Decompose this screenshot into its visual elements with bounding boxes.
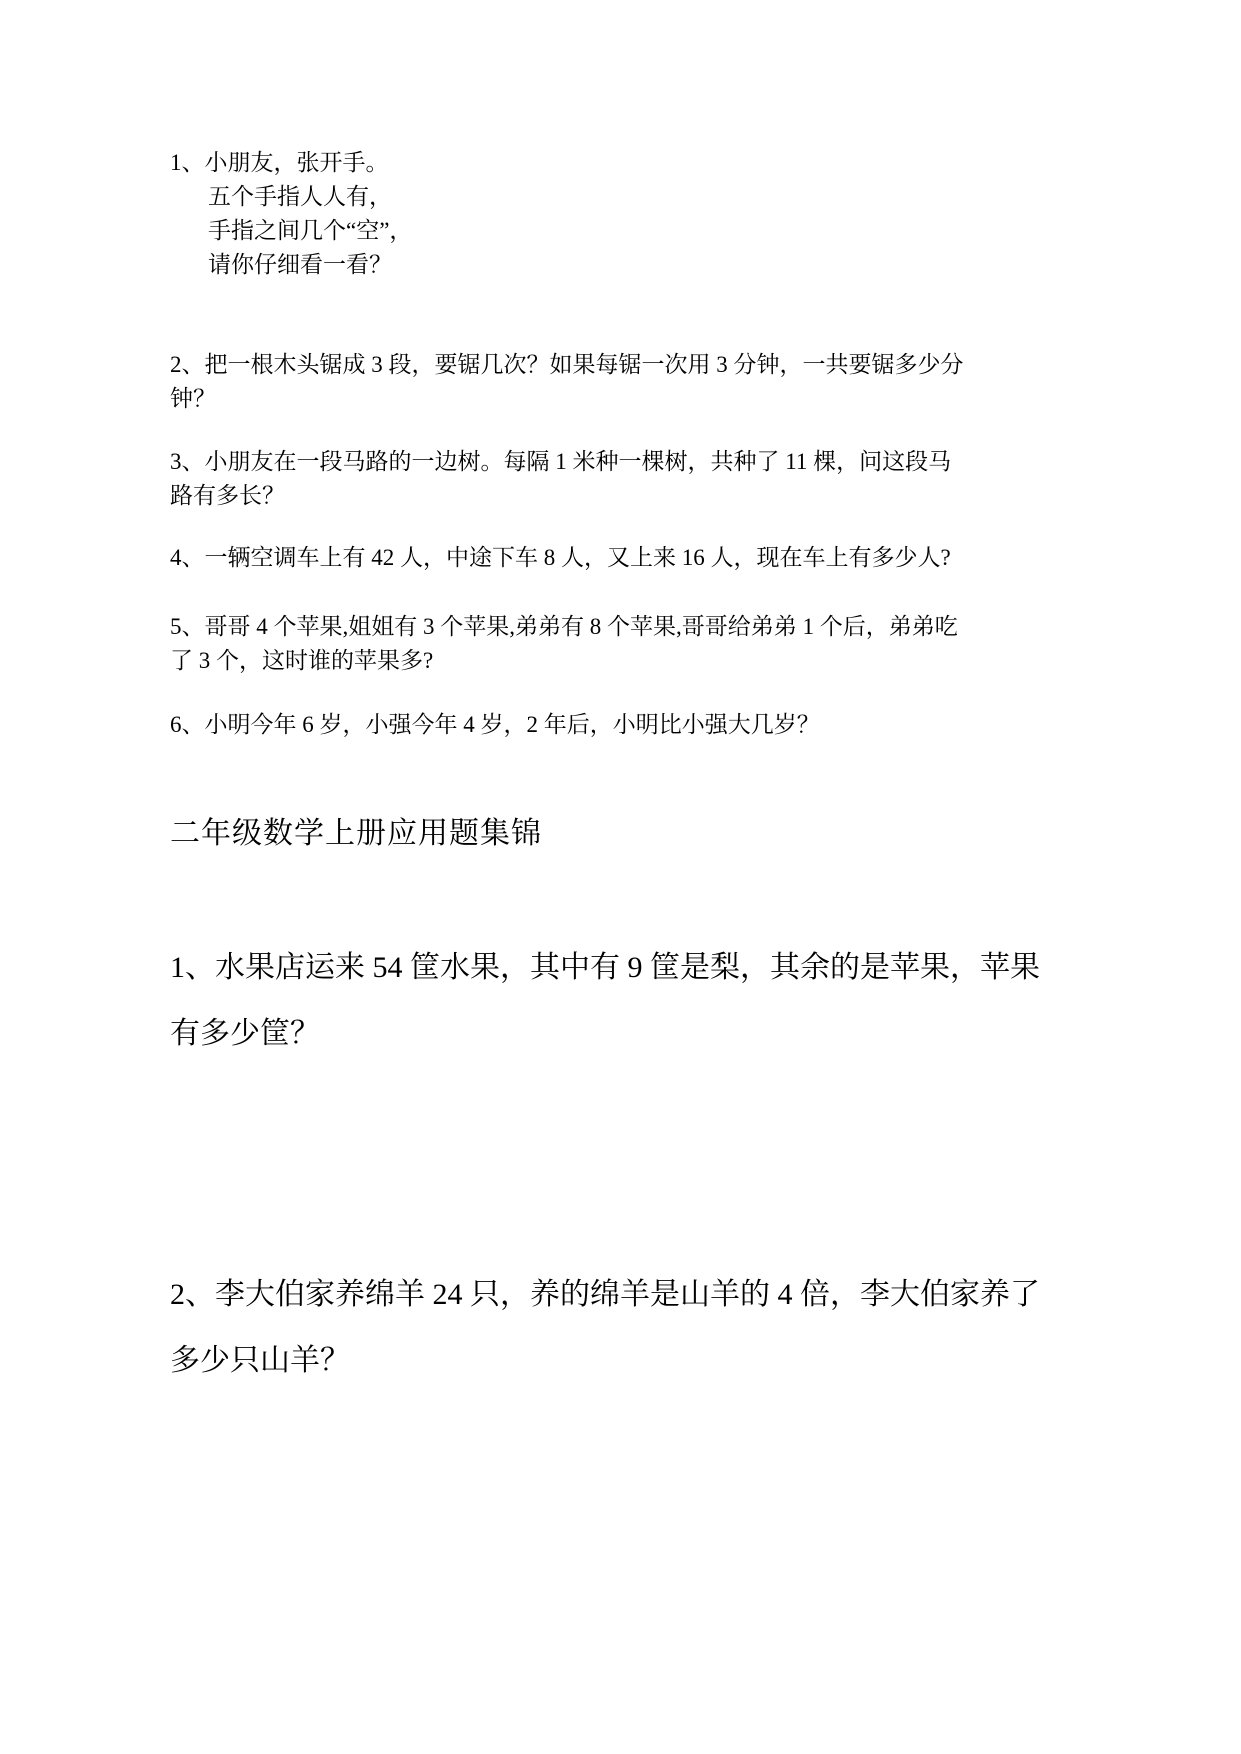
problem-2-line-2: 钟？ bbox=[170, 382, 1141, 416]
problem-5: 5、哥哥 4 个苹果,姐姐有 3 个苹果,弟弟有 8 个苹果,哥哥给弟弟 1 个… bbox=[170, 610, 1141, 678]
problem-1-line-2: 五个手指人人有， bbox=[170, 180, 1141, 214]
lower-problem-1: 1、水果店运来 54 筐水果，其中有 9 筐是梨，其余的是苹果，苹果 有多少筐？ bbox=[170, 935, 1141, 1067]
problem-3: 3、小朋友在一段马路的一边树。每隔 1 米种一棵树，共种了 11 棵，问这段马 … bbox=[170, 445, 1141, 513]
problem-6-line-1: 6、小明今年 6 岁，小强今年 4 岁，2 年后，小明比小强大几岁？ bbox=[170, 708, 1141, 742]
problem-2: 2、把一根木头锯成 3 段，要锯几次？如果每锯一次用 3 分钟，一共要锯多少分 … bbox=[170, 348, 1141, 416]
document-page: 1、小朋友，张开手。 五个手指人人有， 手指之间几个“空”， 请你仔细看一看？ … bbox=[0, 0, 1241, 1754]
problem-4: 4、一辆空调车上有 42 人，中途下车 8 人，又上来 16 人，现在车上有多少… bbox=[170, 541, 1141, 575]
problem-5-line-1: 5、哥哥 4 个苹果,姐姐有 3 个苹果,弟弟有 8 个苹果,哥哥给弟弟 1 个… bbox=[170, 610, 1141, 644]
lower-problem-2: 2、李大伯家养绵羊 24 只，养的绵羊是山羊的 4 倍，李大伯家养了 多少只山羊… bbox=[170, 1262, 1141, 1394]
problem-5-line-2: 了 3 个，这时谁的苹果多? bbox=[170, 644, 1141, 678]
problem-2-line-1: 2、把一根木头锯成 3 段，要锯几次？如果每锯一次用 3 分钟，一共要锯多少分 bbox=[170, 348, 1141, 382]
lower-problem-2-line-2: 多少只山羊？ bbox=[170, 1328, 1141, 1394]
worksheet-title: 二年级数学上册应用题集锦 bbox=[170, 812, 1141, 856]
problem-3-line-2: 路有多长？ bbox=[170, 479, 1141, 513]
top-problems-section: 1、小朋友，张开手。 五个手指人人有， 手指之间几个“空”， 请你仔细看一看？ … bbox=[170, 146, 1141, 742]
lower-problem-1-line-2: 有多少筐？ bbox=[170, 1001, 1141, 1067]
problem-6: 6、小明今年 6 岁，小强今年 4 岁，2 年后，小明比小强大几岁？ bbox=[170, 708, 1141, 742]
problem-4-line-1: 4、一辆空调车上有 42 人，中途下车 8 人，又上来 16 人，现在车上有多少… bbox=[170, 541, 1141, 575]
problem-1-line-4: 请你仔细看一看？ bbox=[170, 248, 1141, 282]
problem-1-line-3: 手指之间几个“空”， bbox=[170, 214, 1141, 248]
problem-1-riddle: 1、小朋友，张开手。 五个手指人人有， 手指之间几个“空”， 请你仔细看一看？ bbox=[170, 146, 1141, 282]
problem-3-line-1: 3、小朋友在一段马路的一边树。每隔 1 米种一棵树，共种了 11 棵，问这段马 bbox=[170, 445, 1141, 479]
lower-problem-1-line-1: 1、水果店运来 54 筐水果，其中有 9 筐是梨，其余的是苹果，苹果 bbox=[170, 935, 1141, 1001]
problem-1-line-1: 1、小朋友，张开手。 bbox=[170, 146, 1141, 180]
lower-problems-section: 1、水果店运来 54 筐水果，其中有 9 筐是梨，其余的是苹果，苹果 有多少筐？… bbox=[170, 935, 1141, 1394]
lower-problem-2-line-1: 2、李大伯家养绵羊 24 只，养的绵羊是山羊的 4 倍，李大伯家养了 bbox=[170, 1262, 1141, 1328]
